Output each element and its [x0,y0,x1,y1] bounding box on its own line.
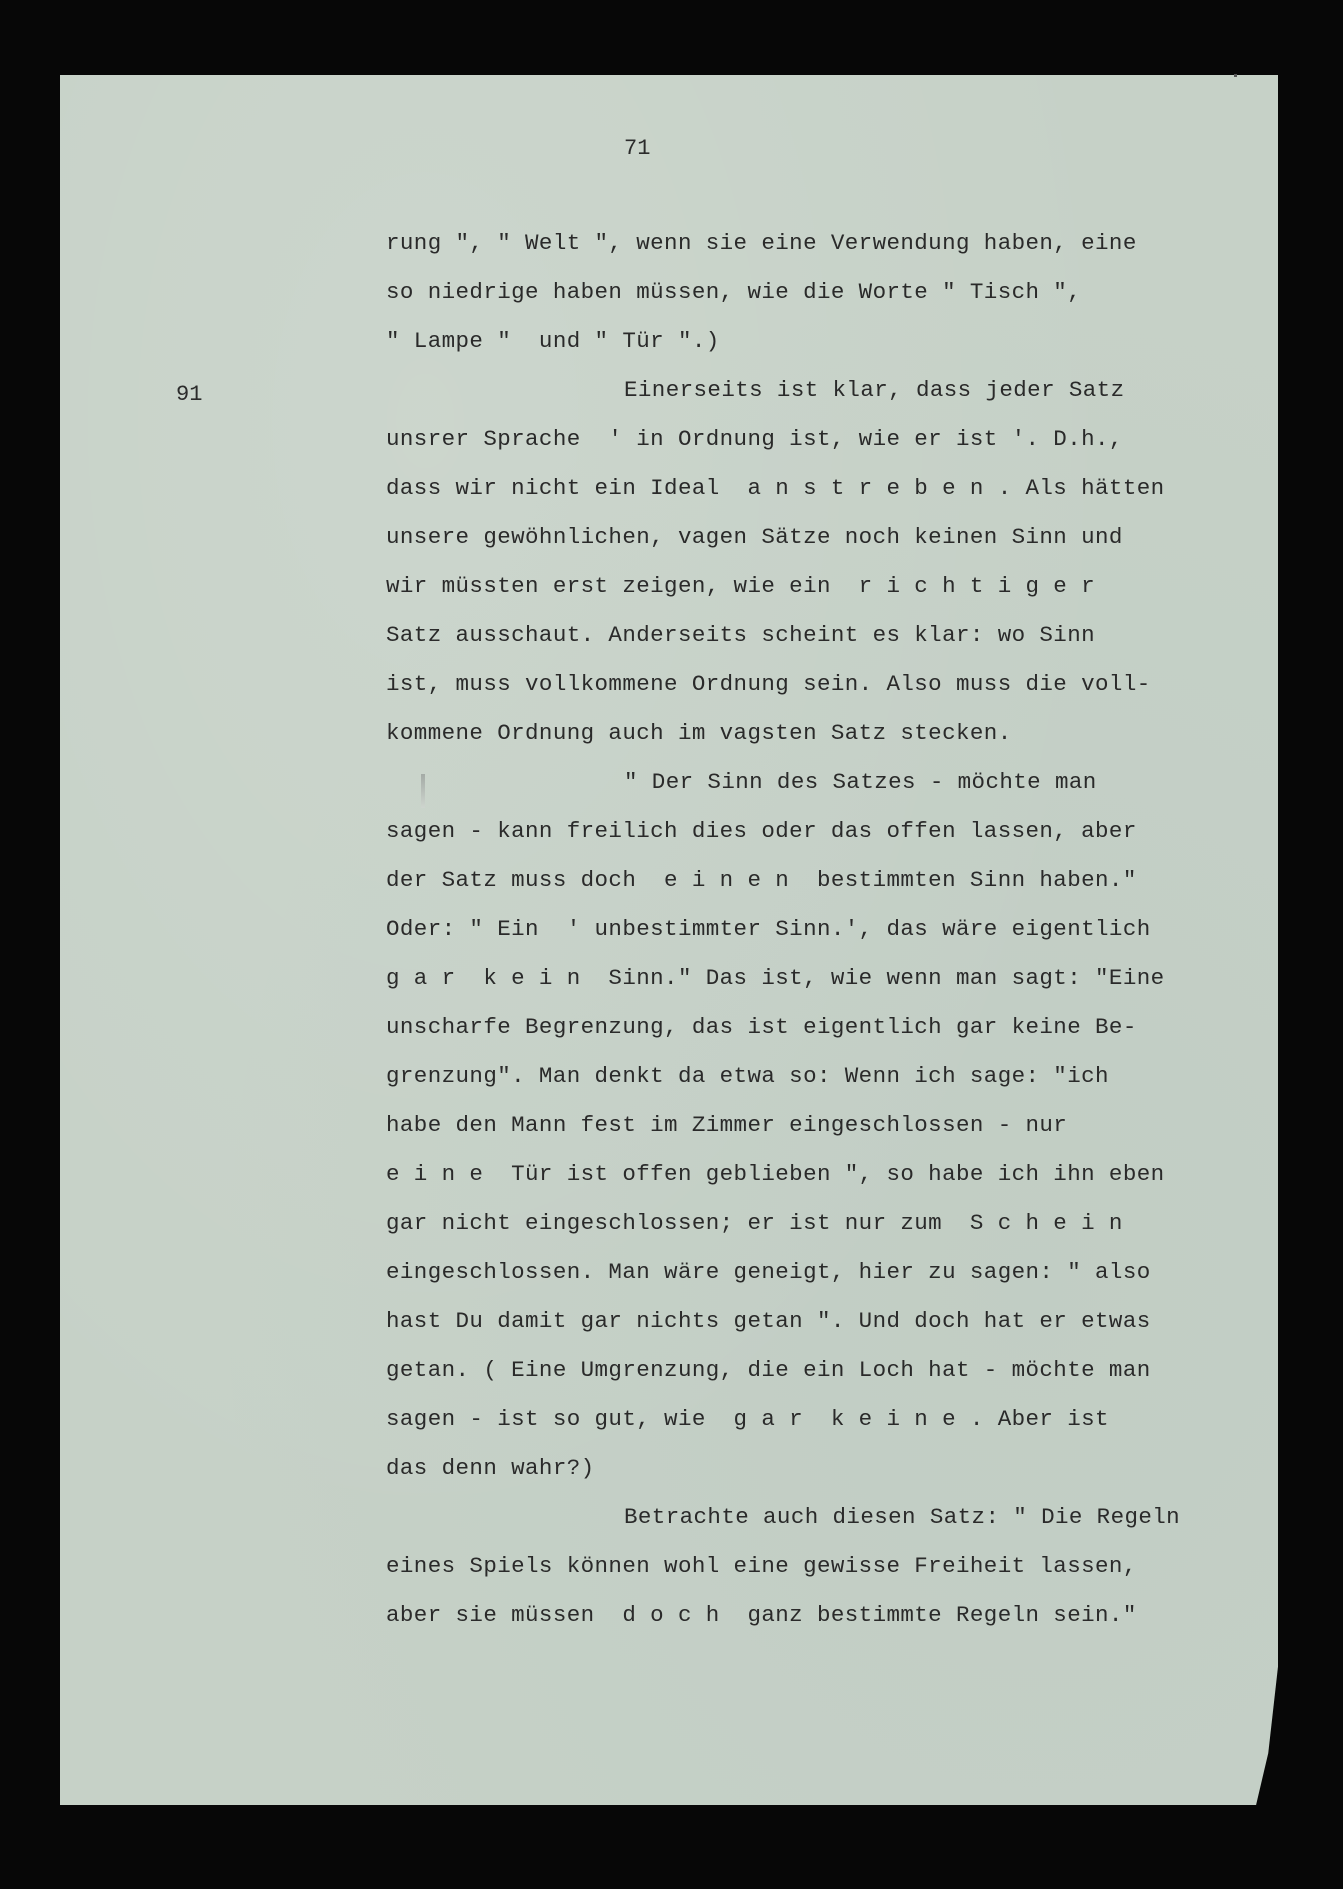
text-line: e i n e Tür ist offen geblieben ", so ha… [386,1159,1246,1208]
margin-remark-number: 91 [176,382,202,407]
text-line: eines Spiels können wohl eine gewisse Fr… [386,1551,1246,1600]
paragraph-start-line: Betrachte auch diesen Satz: " Die Regeln [386,1502,1246,1551]
text-line: unscharfe Begrenzung, das ist eigentlich… [386,1012,1246,1061]
text-line: getan. ( Eine Umgrenzung, die ein Loch h… [386,1355,1246,1404]
text-line: dass wir nicht ein Ideal a n s t r e b e… [386,473,1246,522]
paragraph-start-line: " Der Sinn des Satzes - möchte man [386,767,1246,816]
text-line: g a r k e i n Sinn." Das ist, wie wenn m… [386,963,1246,1012]
text-line: so niedrige haben müssen, wie die Worte … [386,277,1246,326]
body-text: rung ", " Welt ", wenn sie eine Verwendu… [386,228,1246,1649]
text-line: kommene Ordnung auch im vagsten Satz ste… [386,718,1246,767]
text-line: ist, muss vollkommene Ordnung sein. Also… [386,669,1246,718]
text-line: " Lampe " und " Tür ".) [386,326,1246,375]
text-line: habe den Mann fest im Zimmer eingeschlos… [386,1110,1246,1159]
text-line: hast Du damit gar nichts getan ". Und do… [386,1306,1246,1355]
paragraph-start-line: Einerseits ist klar, dass jeder Satz [386,375,1246,424]
text-line: wir müssten erst zeigen, wie ein r i c h… [386,571,1246,620]
text-line: unsrer Sprache ' in Ordnung ist, wie er … [386,424,1246,473]
text-line: grenzung". Man denkt da etwa so: Wenn ic… [386,1061,1246,1110]
text-line: aber sie müssen d o c h ganz bestimmte R… [386,1600,1246,1649]
text-line: eingeschlossen. Man wäre geneigt, hier z… [386,1257,1246,1306]
text-line: das denn wahr?) [386,1453,1246,1502]
text-line: gar nicht eingeschlossen; er ist nur zum… [386,1208,1246,1257]
text-line: rung ", " Welt ", wenn sie eine Verwendu… [386,228,1246,277]
text-line: sagen - kann freilich dies oder das offe… [386,816,1246,865]
corner-mark [1234,74,1237,77]
text-line: Oder: " Ein ' unbestimmter Sinn.', das w… [386,914,1246,963]
text-line: der Satz muss doch e i n e n bestimmten … [386,865,1246,914]
page-number: 71 [624,136,650,161]
text-line: sagen - ist so gut, wie g a r k e i n e … [386,1404,1246,1453]
text-line: Satz ausschaut. Anderseits scheint es kl… [386,620,1246,669]
text-line: unsere gewöhnlichen, vagen Sätze noch ke… [386,522,1246,571]
